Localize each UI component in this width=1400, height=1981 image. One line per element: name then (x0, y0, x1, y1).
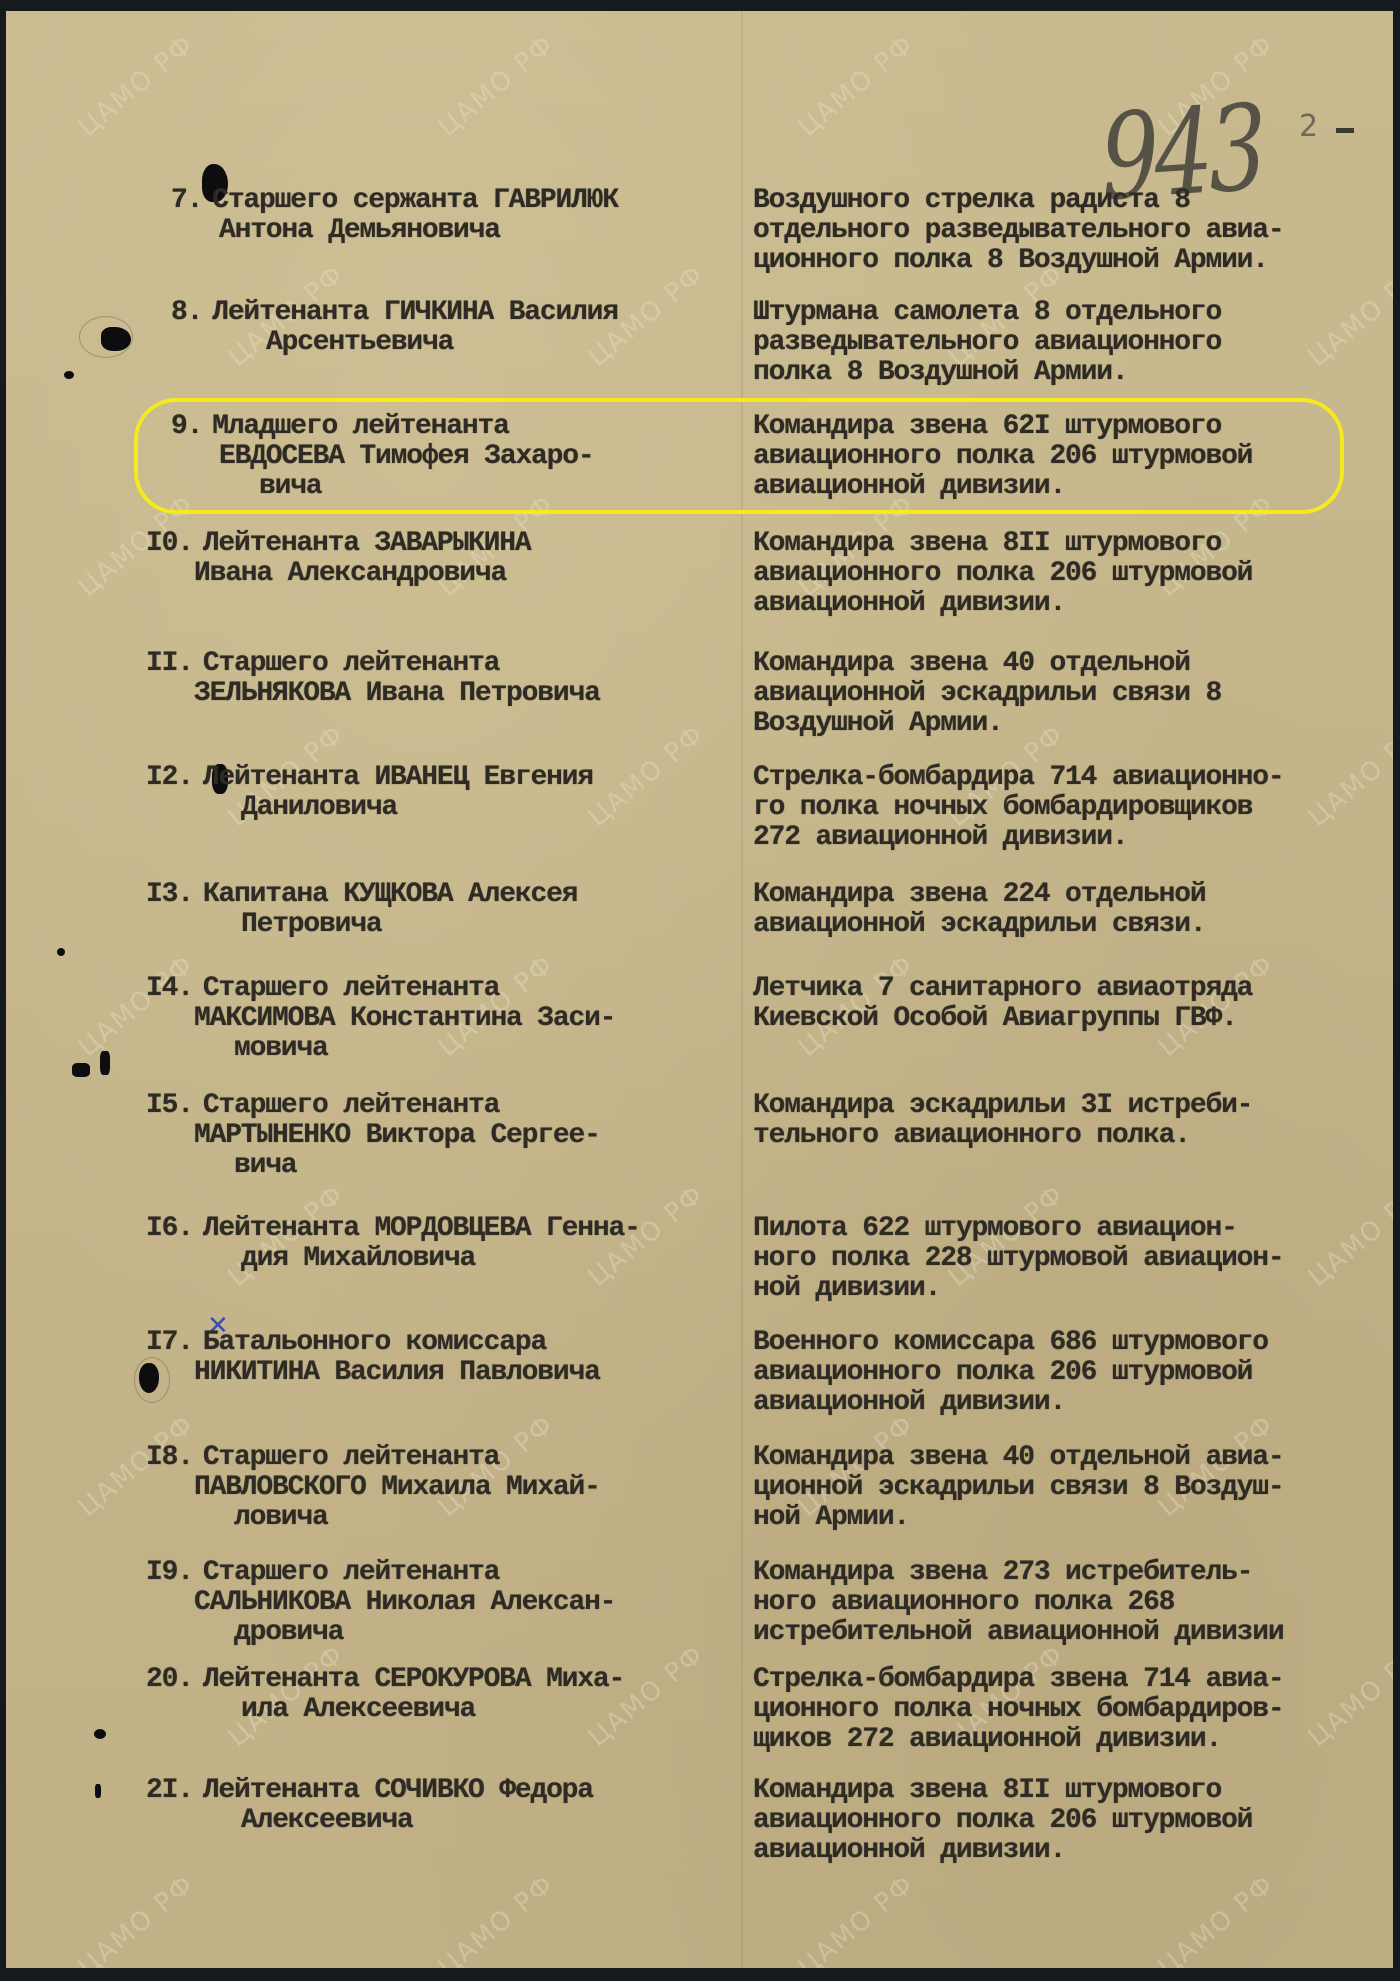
awardee-name: I4.Старшего лейтенантаМАКСИМОВА Констант… (146, 974, 615, 1064)
awardee-name: 2I.Лейтенанта СОЧИВКО ФедораАлексеевича (146, 1776, 593, 1836)
position-line: авиационного полка 206 штурмовой (753, 442, 1252, 472)
awardee-name: 8.Лейтенанта ГИЧКИНА ВасилияАрсентьевича (171, 298, 618, 358)
position-line: ной Армии. (753, 1503, 1284, 1533)
position-line: отдельного разведывательного авиа- (753, 216, 1284, 246)
ink-blot-icon (94, 1729, 106, 1739)
awardee-name: 20.Лейтенанта СЕРОКУРОВА Миха-ила Алексе… (146, 1665, 624, 1725)
entry-name-line: МАРТЫНЕНКО Виктора Сергее- (194, 1121, 600, 1151)
entry-rank-line: Старшего сержанта ГАВРИЛЮК (212, 185, 618, 216)
watermark-text: ЦАМО РФ (433, 1869, 560, 1968)
ink-blot-icon (95, 1784, 101, 1798)
position-line: ционного полка 8 Воздушной Армии. (753, 246, 1284, 276)
awardee-position: Командира звена 224 отдельнойавиационной… (753, 880, 1205, 940)
entry-name-line: Антона Демьяновича (219, 216, 618, 246)
awardee-name: I6.Лейтенанта МОРДОВЦЕВА Генна-дия Михай… (146, 1214, 640, 1274)
awardee-position: Стрелка-бомбардира звена 714 авиа-ционно… (753, 1665, 1284, 1755)
entry-rank-line: Лейтенанта ГИЧКИНА Василия (212, 297, 618, 328)
entry-number: I3. (146, 880, 193, 910)
entry-name-line: МАКСИМОВА Константина Заси- (194, 1004, 615, 1034)
position-line: Воздушной Армии. (753, 709, 1221, 739)
awardee-position: Командира эскадрильи 3I истреби-тельного… (753, 1091, 1252, 1151)
position-line: авиационной дивизии. (753, 472, 1252, 502)
entry-name-line: ПАВЛОВСКОГО Михаила Михай- (194, 1473, 600, 1503)
awardee-position: Военного комиссара 686 штурмовогоавиацио… (753, 1328, 1268, 1418)
awardee-name: I7.Батальонного комиссараНИКИТИНА Васили… (146, 1328, 600, 1388)
position-line: Воздушного стрелка радиста 8 (753, 186, 1284, 216)
entry-rank-line: Лейтенанта ИВАНЕЦ Евгения (203, 762, 593, 793)
entry-rank-line: Капитана КУЩКОВА Алексея (203, 879, 577, 910)
ink-blot-icon (101, 327, 131, 351)
entry-rank-line: Старшего лейтенанта (203, 648, 499, 679)
position-line: ного полка 228 штурмовой авиацион- (753, 1244, 1284, 1274)
ink-blot-icon (100, 1051, 110, 1075)
position-line: авиационного полка 206 штурмовой (753, 559, 1252, 589)
position-line: ного авиационного полка 268 (753, 1588, 1284, 1618)
watermark-text: ЦАМО РФ (433, 29, 560, 143)
entry-rank-line: Младшего лейтенанта (212, 411, 508, 442)
position-line: полка 8 Воздушной Армии. (753, 358, 1221, 388)
entry-name-line: Алексеевича (241, 1806, 593, 1836)
position-line: разведывательного авиационного (753, 328, 1221, 358)
entry-number: I7. (146, 1328, 193, 1358)
awardee-position: Пилота 622 штурмового авиацион-ного полк… (753, 1214, 1284, 1304)
watermark-text: ЦАМО РФ (1303, 719, 1393, 833)
position-line: Командира эскадрильи 3I истреби- (753, 1091, 1252, 1121)
position-line: Командира звена 40 отдельной авиа- (753, 1443, 1284, 1473)
awardee-name: I5.Старшего лейтенантаМАРТЫНЕНКО Виктора… (146, 1091, 600, 1181)
entry-rank-line: Старшего лейтенанта (203, 1442, 499, 1473)
awardee-position: Стрелка-бомбардира 714 авиационно-го пол… (753, 763, 1284, 853)
position-line: Командира звена 62I штурмового (753, 412, 1252, 442)
position-line: ционной эскадрильи связи 8 Воздуш- (753, 1473, 1284, 1503)
watermark-text: ЦАМО РФ (73, 1869, 200, 1968)
awardee-position: Штурмана самолета 8 отдельногоразведыват… (753, 298, 1221, 388)
position-line: щиков 272 авиационной дивизии. (753, 1725, 1284, 1755)
entry-rank-line: Лейтенанта СОЧИВКО Федора (203, 1775, 593, 1806)
position-line: авиационной дивизии. (753, 1388, 1268, 1418)
entry-name-line: Даниловича (241, 793, 593, 823)
entry-rank-line: Старшего лейтенанта (203, 1557, 499, 1588)
position-line: авиационной дивизии. (753, 1836, 1252, 1866)
position-line: ционного полка ночных бомбардиров- (753, 1695, 1284, 1725)
position-line: Командира звена 40 отдельной (753, 649, 1221, 679)
awardee-position: Командира звена 40 отдельной авиа-ционно… (753, 1443, 1284, 1533)
entry-name-line: ила Алексеевича (241, 1695, 624, 1725)
position-line: Стрелка-бомбардира звена 714 авиа- (753, 1665, 1284, 1695)
position-line: тельного авиационного полка. (753, 1121, 1252, 1151)
ink-blot-icon (64, 371, 74, 379)
watermark-text: ЦАМО РФ (1153, 1869, 1280, 1968)
entry-name-line: Арсентьевича (266, 328, 618, 358)
awardee-name: 7.Старшего сержанта ГАВРИЛЮКАнтона Демья… (171, 186, 618, 246)
position-line: Военного комиссара 686 штурмового (753, 1328, 1268, 1358)
entry-name-line: дровича (234, 1618, 615, 1648)
watermark-text: ЦАМО РФ (1303, 1639, 1393, 1753)
watermark-text: ЦАМО РФ (1303, 259, 1393, 373)
watermark-text: ЦАМО РФ (793, 29, 920, 143)
watermark-text: ЦАМО РФ (73, 29, 200, 143)
entry-number: I4. (146, 974, 193, 1004)
awardee-position: Воздушного стрелка радиста 8отдельного р… (753, 186, 1284, 276)
position-line: Стрелка-бомбардира 714 авиационно- (753, 763, 1284, 793)
entry-name-line: Петровича (241, 910, 577, 940)
position-line: Командира звена 8II штурмового (753, 1776, 1252, 1806)
ink-blot-icon (72, 1063, 90, 1077)
awardee-position: Командира звена 8II штурмовогоавиационно… (753, 1776, 1252, 1866)
page-marker: 2 (1299, 109, 1318, 144)
entry-name-line: вича (234, 1151, 600, 1181)
entry-number: 9. (171, 412, 202, 442)
entry-name-line: САЛЬНИКОВА Николая Алексан- (194, 1588, 615, 1618)
position-line: авиационной эскадрильи связи 8 (753, 679, 1221, 709)
awardee-name: II.Старшего лейтенантаЗЕЛЬНЯКОВА Ивана П… (146, 649, 600, 709)
awardee-position: Командира звена 40 отдельнойавиационной … (753, 649, 1221, 739)
page-marker-dash (1336, 128, 1354, 133)
position-line: Штурмана самолета 8 отдельного (753, 298, 1221, 328)
entry-name-line: ловича (234, 1503, 600, 1533)
position-line: Киевской Особой Авиагруппы ГВФ. (753, 1004, 1252, 1034)
entry-name-line: ЕВДОСЕВА Тимофея Захаро- (219, 442, 593, 472)
position-line: истребительной авиационной дивизии (753, 1618, 1284, 1648)
awardee-name: I0.Лейтенанта ЗАВАРЫКИНАИвана Александро… (146, 529, 530, 589)
entry-rank-line: Лейтенанта СЕРОКУРОВА Миха- (203, 1664, 624, 1695)
entry-number: I0. (146, 529, 193, 559)
awardee-position: Командира звена 8II штурмовогоавиационно… (753, 529, 1252, 619)
awardee-position: Командира звена 273 истребитель-ного ави… (753, 1558, 1284, 1648)
watermark-text: ЦАМО РФ (1303, 1179, 1393, 1293)
ink-blot-icon (57, 948, 65, 956)
document-page: ЦАМО РФЦАМО РФЦАМО РФЦАМО РФЦАМО РФЦАМО … (6, 11, 1393, 1968)
watermark-text: ЦАМО РФ (793, 1869, 920, 1968)
position-line: авиационной дивизии. (753, 589, 1252, 619)
entry-rank-line: Батальонного комиссара (203, 1327, 546, 1358)
entry-number: 7. (171, 186, 202, 216)
entry-number: I6. (146, 1214, 193, 1244)
awardee-name: I8.Старшего лейтенантаПАВЛОВСКОГО Михаил… (146, 1443, 600, 1533)
entry-number: I9. (146, 1558, 193, 1588)
entry-rank-line: Старшего лейтенанта (203, 973, 499, 1004)
entry-number: I8. (146, 1443, 193, 1473)
position-line: Летчика 7 санитарного авиаотряда (753, 974, 1252, 1004)
position-line: Командира звена 273 истребитель- (753, 1558, 1284, 1588)
entry-rank-line: Лейтенанта МОРДОВЦЕВА Генна- (203, 1213, 640, 1244)
entry-name-line: ЗЕЛЬНЯКОВА Ивана Петровича (194, 679, 600, 709)
entry-number: 8. (171, 298, 202, 328)
awardee-name: 9.Младшего лейтенантаЕВДОСЕВА Тимофея За… (171, 412, 593, 502)
position-line: ной дивизии. (753, 1274, 1284, 1304)
watermark-text: ЦАМО РФ (583, 719, 710, 833)
entry-number: 20. (146, 1665, 193, 1695)
entry-rank-line: Старшего лейтенанта (203, 1090, 499, 1121)
position-line: Командира звена 8II штурмового (753, 529, 1252, 559)
entry-name-line: дия Михайловича (241, 1244, 640, 1274)
awardee-name: I3.Капитана КУЩКОВА АлексеяПетровича (146, 880, 577, 940)
entry-name-line: вича (259, 472, 593, 502)
position-line: Пилота 622 штурмового авиацион- (753, 1214, 1284, 1244)
position-line: Командира звена 224 отдельной (753, 880, 1205, 910)
entry-name-line: НИКИТИНА Василия Павловича (194, 1358, 600, 1388)
awardee-position: Командира звена 62I штурмовогоавиационно… (753, 412, 1252, 502)
entry-name-line: мовича (234, 1034, 615, 1064)
position-line: 272 авиационной дивизии. (753, 823, 1284, 853)
entry-number: 2I. (146, 1776, 193, 1806)
position-line: го полка ночных бомбардировщиков (753, 793, 1284, 823)
entry-rank-line: Лейтенанта ЗАВАРЫКИНА (203, 528, 531, 559)
entry-number: I5. (146, 1091, 193, 1121)
awardee-name: I2.Лейтенанта ИВАНЕЦ ЕвгенияДаниловича (146, 763, 593, 823)
awardee-name: I9.Старшего лейтенантаСАЛЬНИКОВА Николая… (146, 1558, 615, 1648)
entry-number: I2. (146, 763, 193, 793)
entry-number: II. (146, 649, 193, 679)
entry-name-line: Ивана Александровича (194, 559, 530, 589)
position-line: авиационного полка 206 штурмовой (753, 1806, 1252, 1836)
position-line: авиационного полка 206 штурмовой (753, 1358, 1268, 1388)
paper-fold-line (741, 11, 743, 1968)
awardee-position: Летчика 7 санитарного авиаотрядаКиевской… (753, 974, 1252, 1034)
position-line: авиационной эскадрильи связи. (753, 910, 1205, 940)
